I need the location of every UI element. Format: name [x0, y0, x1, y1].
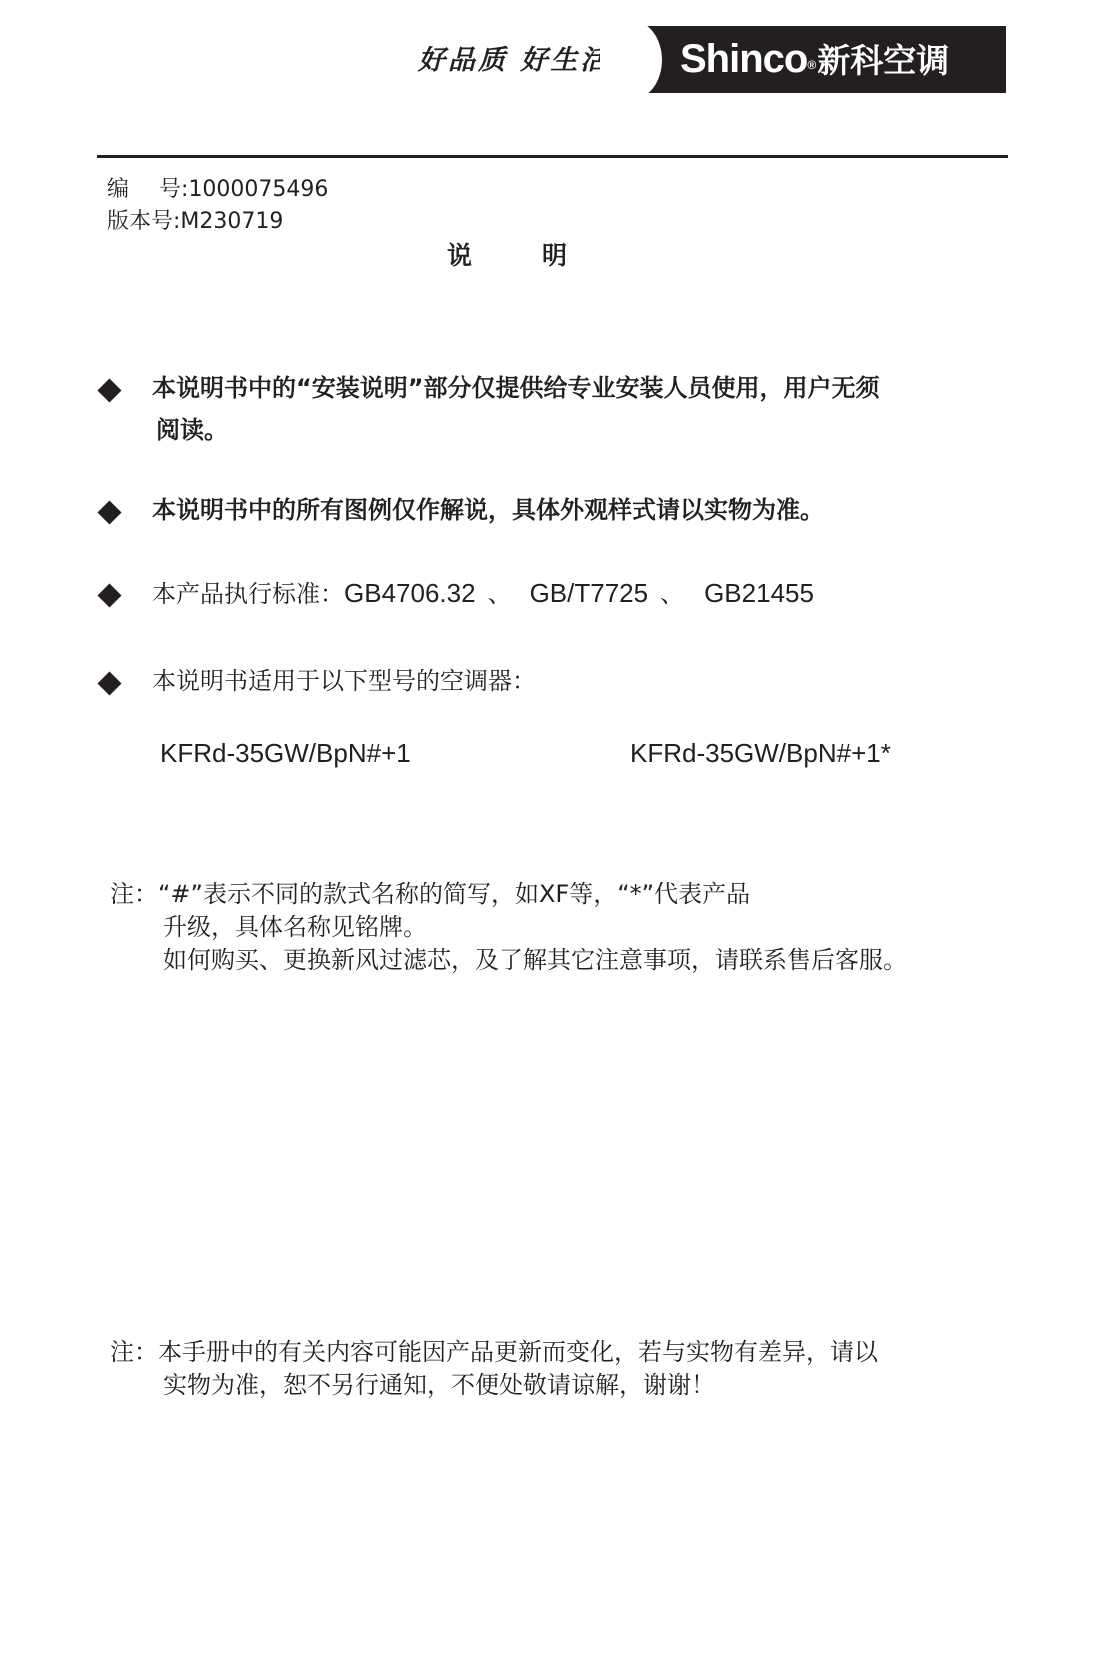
- brand-chinese: 新科空调: [817, 41, 949, 80]
- note-1-line-3: 如何购买、更换新风过滤芯，及了解其它注意事项，请联系售后客服。: [110, 944, 907, 977]
- note-2-line-1: 注：本手册中的有关内容可能因产品更新而变化，若与实物有差异，请以: [110, 1336, 878, 1369]
- header-divider: [97, 155, 1008, 158]
- note-2-line-2: 实物为准，恕不另行通知，不便处敬请谅解，谢谢！: [110, 1369, 878, 1402]
- brand-logo: Shinco®新科空调: [680, 34, 949, 86]
- number-value: 1000075496: [188, 177, 328, 202]
- separator: 、: [660, 580, 684, 608]
- note-1: 注：“#”表示不同的款式名称的简写，如XF等，“*”代表产品 升级，具体名称见铭…: [110, 878, 907, 977]
- document-number: 编号:1000075496: [107, 176, 328, 204]
- model-2: KFRd-35GW/BpN#+1*: [630, 738, 891, 769]
- brand-logo-curve: [600, 20, 662, 100]
- title-char-1: 说: [447, 241, 472, 270]
- bullet-1-line-2: 阅读。: [156, 410, 228, 450]
- brand-latin: Shinco: [680, 37, 807, 81]
- bullet-4-text: 本说明书适用于以下型号的空调器：: [152, 661, 536, 701]
- brand-slogan: 好品质 好生活: [418, 38, 610, 77]
- model-1: KFRd-35GW/BpN#+1: [160, 738, 411, 769]
- bullet-3-text: 本产品执行标准：GB4706.32、GB/T7725、GB21455: [152, 573, 814, 614]
- bullet-1-line-1: 本说明书中的“安装说明”部分仅提供给专业安装人员使用，用户无须: [152, 368, 880, 408]
- page-title: 说明: [447, 236, 567, 272]
- version-value: M230719: [180, 209, 283, 234]
- version-label: 版本号:: [107, 209, 180, 234]
- number-label-a: 编: [107, 177, 129, 202]
- diamond-bullet-icon: [97, 378, 121, 402]
- diamond-bullet-icon: [97, 500, 121, 524]
- standard-2: GB/T7725: [530, 578, 649, 608]
- standard-1: GB4706.32: [344, 578, 476, 608]
- number-label-b: 号:: [159, 177, 188, 202]
- version-number: 版本号:M230719: [107, 208, 283, 236]
- diamond-bullet-icon: [97, 671, 121, 695]
- registered-mark: ®: [807, 58, 815, 72]
- standards-prefix: 本产品执行标准：: [152, 580, 344, 608]
- bullet-2-text: 本说明书中的所有图例仅作解说，具体外观样式请以实物为准。: [152, 490, 824, 530]
- title-char-2: 明: [542, 241, 567, 270]
- note-2: 注：本手册中的有关内容可能因产品更新而变化，若与实物有差异，请以 实物为准，恕不…: [110, 1336, 878, 1402]
- note-1-line-2: 升级，具体名称见铭牌。: [110, 911, 907, 944]
- separator: 、: [488, 580, 512, 608]
- standard-3: GB21455: [704, 578, 814, 608]
- diamond-bullet-icon: [97, 583, 121, 607]
- note-1-line-1: 注：“#”表示不同的款式名称的简写，如XF等，“*”代表产品: [110, 878, 907, 911]
